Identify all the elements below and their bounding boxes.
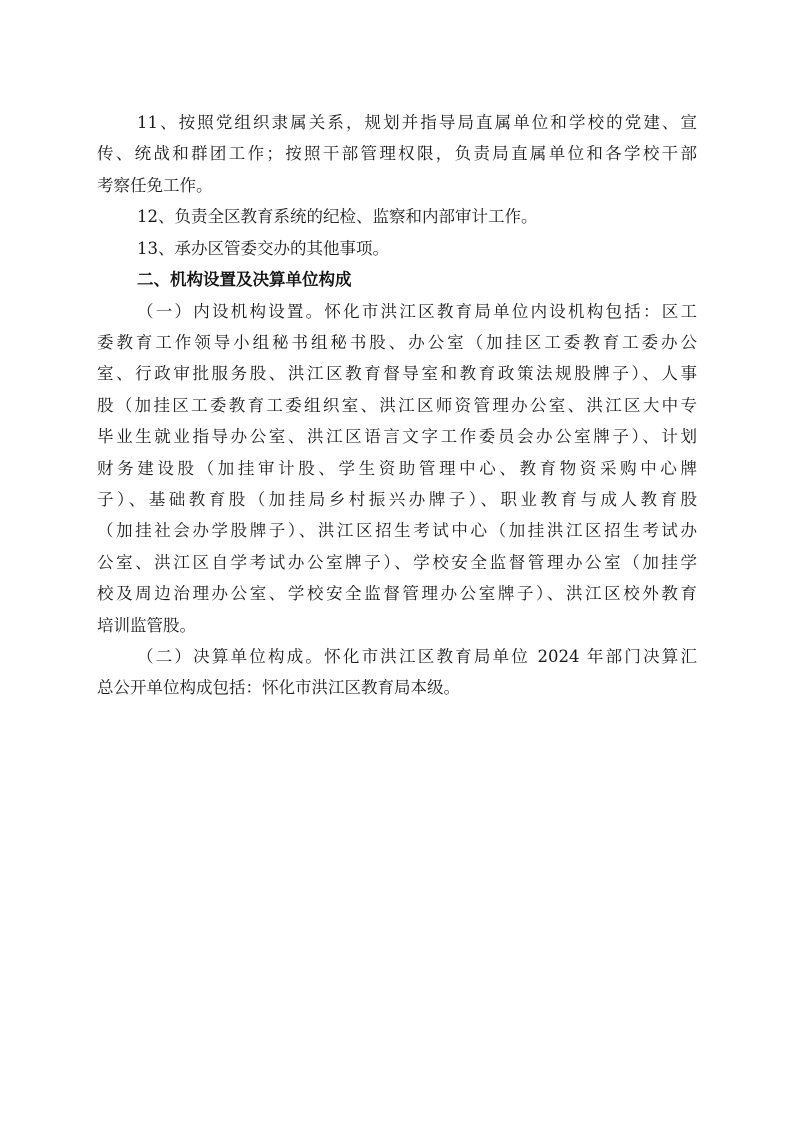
sub1-line-8: （加挂社会办学股牌子）、洪江区招生考试中心（加挂洪江区招生考试办 — [97, 519, 697, 543]
sub2-line-2: 总公开单位构成包括：怀化市洪江区教育局本级。 — [97, 676, 697, 700]
section-heading: 二、机构设置及决算单位构成 — [137, 268, 697, 292]
item-12-line-1: 12、负责全区教育系统的纪检、监察和内部审计工作。 — [137, 205, 697, 229]
sub1-line-5: 毕业生就业指导办公室、洪江区语言文字工作委员会办公室牌子）、计划 — [97, 425, 697, 449]
sub1-line-1: （一）内设机构设置。怀化市洪江区教育局单位内设机构包括：区工 — [137, 300, 697, 324]
sub1-line-3: 室、行政审批服务股、洪江区教育督导室和教育政策法规股牌子）、人事 — [97, 362, 697, 386]
document-page: 11、按照党组织隶属关系，规划并指导局直属单位和学校的党建、宣 传、统战和群团工… — [0, 0, 793, 1122]
sub1-line-4: 股（加挂区工委教育工委组织室、洪江区师资管理办公室、洪江区大中专 — [97, 394, 697, 418]
sub1-line-6: 财务建设股（加挂审计股、学生资助管理中心、教育物资采购中心牌 — [97, 457, 697, 481]
sub1-line-10: 校及周边治理办公室、学校安全监督管理办公室牌子）、洪江区校外教育 — [97, 582, 697, 606]
sub1-line-7: 子）、基础教育股（加挂局乡村振兴办牌子）、职业教育与成人教育股 — [97, 488, 697, 512]
sub1-line-11: 培训监管股。 — [97, 614, 697, 638]
item-13-line-1: 13、承办区管委交办的其他事项。 — [137, 237, 697, 261]
item-11-line-2: 传、统战和群团工作；按照干部管理权限，负责局直属单位和各学校干部 — [97, 142, 697, 166]
item-11-line-1: 11、按照党组织隶属关系，规划并指导局直属单位和学校的党建、宣 — [137, 111, 697, 135]
sub1-line-9: 公室、洪江区自学考试办公室牌子）、学校安全监督管理办公室（加挂学 — [97, 551, 697, 575]
sub2-line-1: （二）决算单位构成。怀化市洪江区教育局单位 2024 年部门决算汇 — [137, 645, 697, 669]
item-11-line-3: 考察任免工作。 — [97, 174, 697, 198]
sub1-line-2: 委教育工作领导小组秘书组秘书股、办公室（加挂区工委教育工委办公 — [97, 331, 697, 355]
